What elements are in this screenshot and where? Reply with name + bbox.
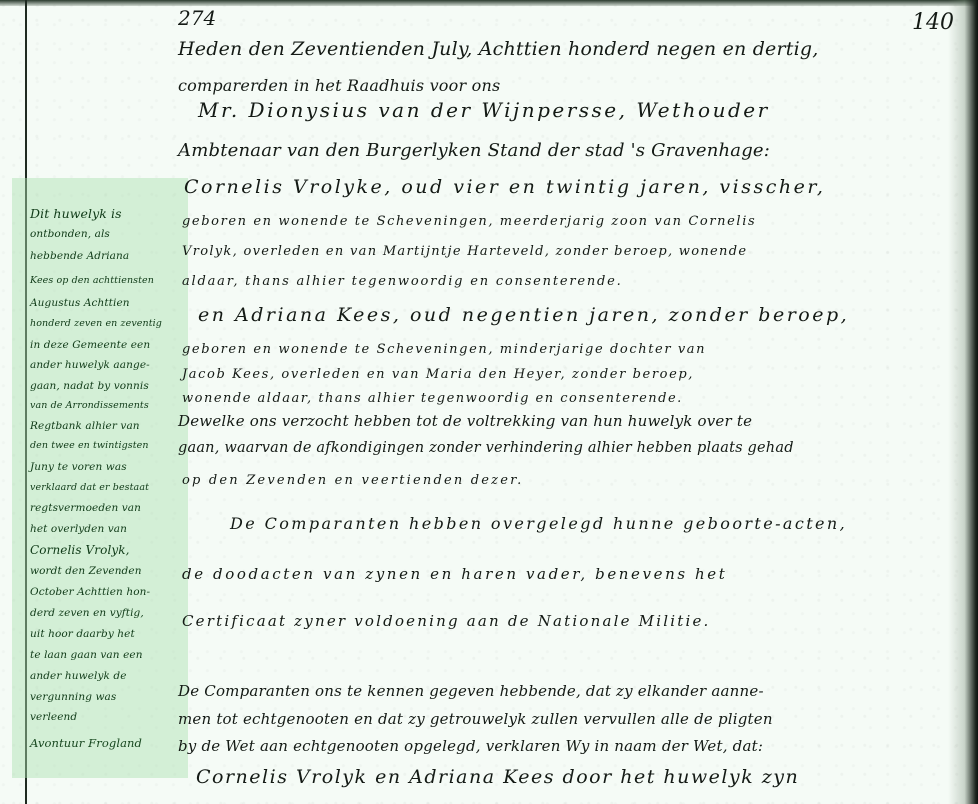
margin-note-line: verleend xyxy=(30,711,77,723)
margin-note-signatures: Avontuur Frogland xyxy=(30,736,142,750)
main-text-line: geboren en wonende te Scheveningen, mind… xyxy=(182,342,706,357)
margin-note-line: ontbonden, als xyxy=(30,228,110,240)
margin-note-line: in deze Gemeente een xyxy=(30,339,150,351)
margin-note-line: honderd zeven en zeventig xyxy=(30,318,162,329)
main-text-line: De Comparanten ons te kennen gegeven heb… xyxy=(178,682,764,700)
margin-note-line: derd zeven en vyftig, xyxy=(30,607,144,619)
margin-note-line: ander huwelyk aange- xyxy=(30,359,150,371)
margin-note-line: wordt den Zevenden xyxy=(30,565,142,577)
official-name-line: Mr. Dionysius van der Wijnpersse, Wethou… xyxy=(198,98,770,122)
declaration-names-line: Cornelis Vrolyk en Adriana Kees door het… xyxy=(196,766,799,788)
scan-right-edge xyxy=(948,0,978,804)
main-text-line: De Comparanten hebben overgelegd hunne g… xyxy=(230,514,847,533)
main-text-line: Jacob Kees, overleden en van Maria den H… xyxy=(182,367,694,382)
main-text-line: op den Zevenden en veertienden dezer. xyxy=(182,473,523,488)
main-text-line: Certificaat zyner voldoening aan de Nati… xyxy=(182,612,711,630)
groom-line: Cornelis Vrolyke, oud vier en twintig ja… xyxy=(184,176,825,198)
margin-note-line: den twee en twintigsten xyxy=(30,440,149,451)
margin-note-line: hebbende Adriana xyxy=(30,250,129,262)
margin-note-line: Cornelis Vrolyk, xyxy=(30,543,130,557)
main-text-line: aldaar, thans alhier tegenwoordig en con… xyxy=(182,274,623,289)
folio-number-center: 274 xyxy=(178,6,216,30)
main-text-line: Vrolyk, overleden en van Martijntje Hart… xyxy=(182,244,747,259)
margin-note-line: vergunning was xyxy=(30,691,116,703)
main-text-line: Ambtenaar van den Burgerlyken Stand der … xyxy=(178,140,770,161)
margin-note-line: regtsvermoeden van xyxy=(30,502,141,514)
main-text-line: Dewelke ons verzocht hebben tot de voltr… xyxy=(178,412,752,430)
scan-top-edge xyxy=(0,0,978,6)
margin-note-line: het overlyden van xyxy=(30,523,127,535)
main-text-line: geboren en wonende te Scheveningen, meer… xyxy=(182,214,756,229)
margin-note-line: te laan gaan van een xyxy=(30,649,143,661)
main-text-line: by de Wet aan echtgenooten opgelegd, ver… xyxy=(178,737,763,755)
folio-number-right: 140 xyxy=(912,10,954,35)
margin-note-line: uit hoor daarby het xyxy=(30,628,135,640)
main-text-line: de doodacten van zynen en haren vader, b… xyxy=(182,565,727,583)
margin-note-line: Regtbank alhier van xyxy=(30,420,140,432)
margin-note-line: Augustus Achttien xyxy=(30,297,130,309)
margin-note-line: van de Arrondissements xyxy=(30,400,149,411)
margin-note-line: Dit huwelyk is xyxy=(30,206,122,221)
margin-note-line: October Achttien hon- xyxy=(30,586,150,598)
document-page: 274 140 Heden den Zeventienden July, Ach… xyxy=(0,0,978,804)
margin-note-highlight xyxy=(12,178,188,778)
main-text-line: comparerden in het Raadhuis voor ons xyxy=(178,76,500,95)
main-text-line: gaan, waarvan de afkondigingen zonder ve… xyxy=(178,440,794,456)
margin-note-line: ander huwelyk de xyxy=(30,670,127,682)
main-text-line: wonende aldaar, thans alhier tegenwoordi… xyxy=(182,391,683,406)
main-text-line: men tot echtgenooten en dat zy getrouwel… xyxy=(178,710,773,728)
margin-note-line: Juny te voren was xyxy=(30,461,127,473)
margin-note-line: gaan, nadat by vonnis xyxy=(30,380,149,392)
margin-note-line: verklaard dat er bestaat xyxy=(30,482,149,493)
main-text-line: Heden den Zeventienden July, Achttien ho… xyxy=(178,38,819,60)
bride-line: en Adriana Kees, oud negentien jaren, zo… xyxy=(198,304,849,326)
margin-note-line: Kees op den achttiensten xyxy=(30,275,154,286)
